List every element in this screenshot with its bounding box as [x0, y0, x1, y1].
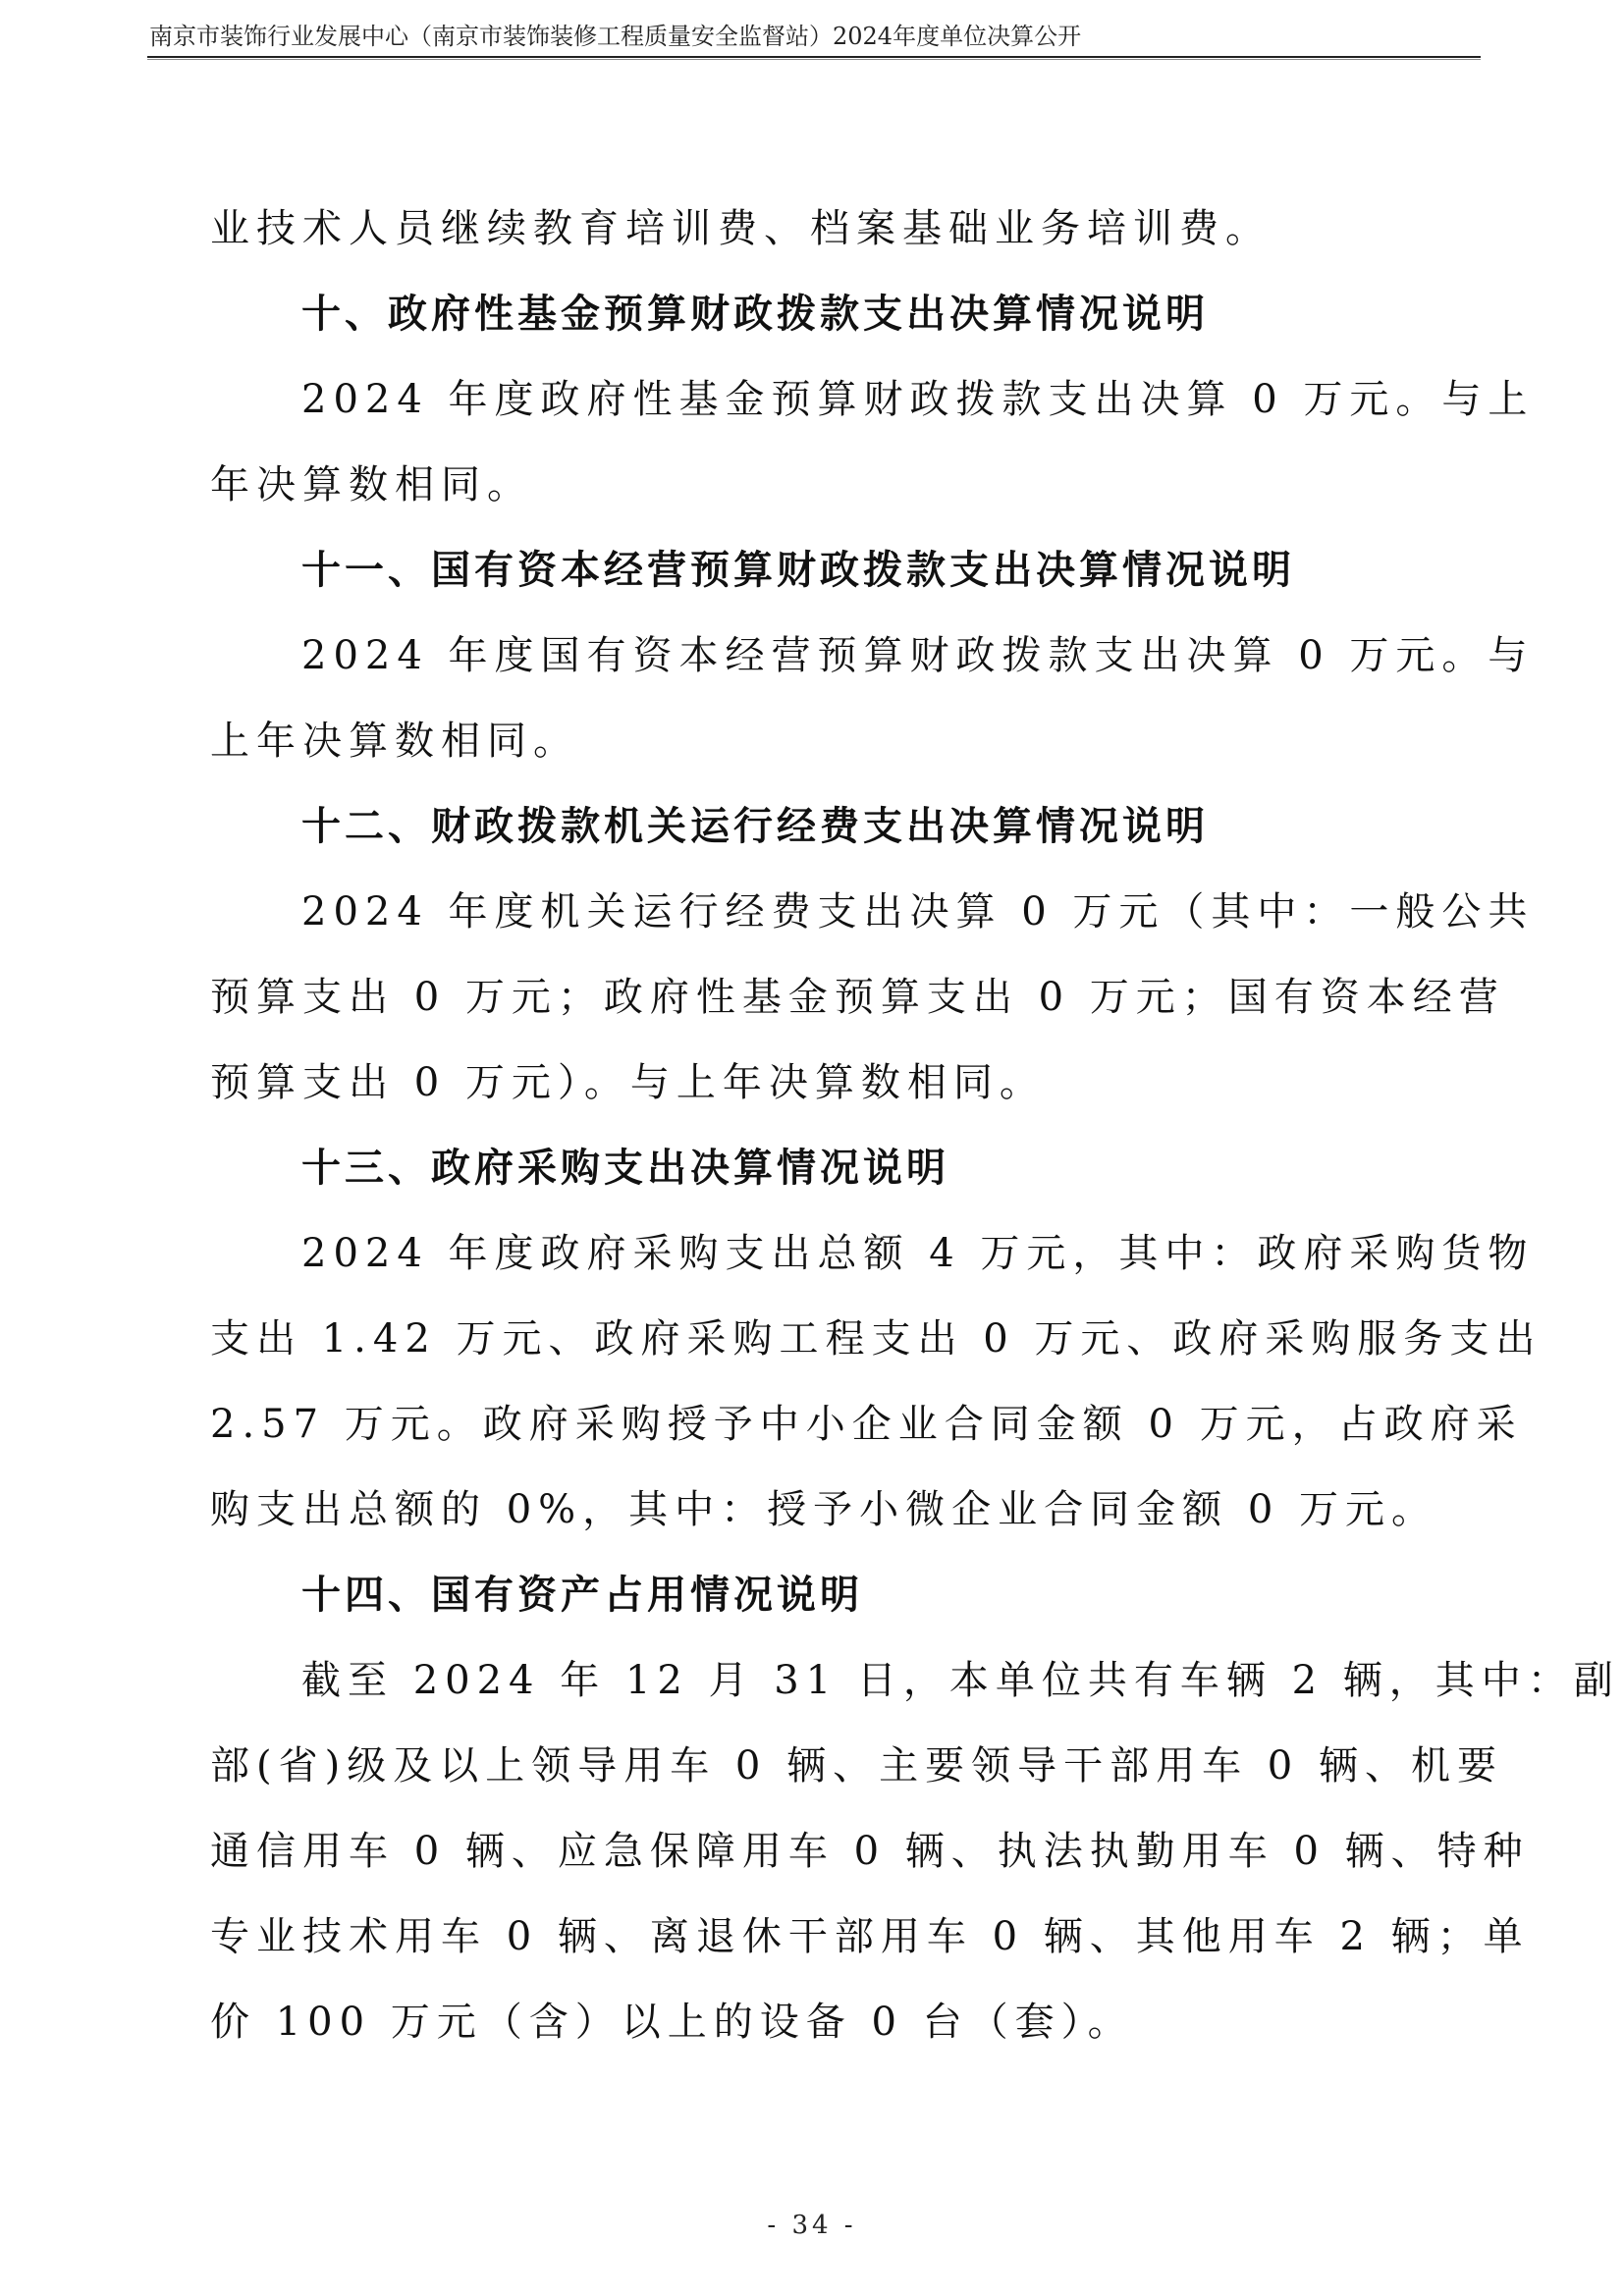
paragraph-line: 年决算数相同。	[210, 453, 1420, 538]
section-heading-10: 十、政府性基金预算财政拨款支出决算情况说明	[210, 282, 1420, 367]
paragraph-line: 预算支出 0 万元）。与上年决算数相同。	[210, 1050, 1420, 1136]
section-heading-13: 十三、政府采购支出决算情况说明	[210, 1136, 1420, 1221]
section-heading-14: 十四、国有资产占用情况说明	[210, 1563, 1420, 1648]
page-number: - 34 -	[0, 2211, 1624, 2240]
paragraph-line: 预算支出 0 万元；政府性基金预算支出 0 万元；国有资本经营	[210, 965, 1420, 1050]
paragraph-line: 2024 年度政府性基金预算财政拨款支出决算 0 万元。与上	[210, 367, 1420, 453]
paragraph-line: 部(省)级及以上领导用车 0 辆、主要领导干部用车 0 辆、机要	[210, 1734, 1420, 1819]
paragraph-line: 上年决算数相同。	[210, 709, 1420, 794]
document-header-title: 南京市装饰行业发展中心（南京市装饰装修工程质量安全监督站）2024年度单位决算公…	[149, 22, 1081, 51]
paragraph-line: 2024 年度政府采购支出总额 4 万元，其中：政府采购货物	[210, 1221, 1420, 1307]
paragraph-line: 专业技术用车 0 辆、离退休干部用车 0 辆、其他用车 2 辆；单	[210, 1904, 1420, 1990]
paragraph-line: 支出 1.42 万元、政府采购工程支出 0 万元、政府采购服务支出	[210, 1307, 1420, 1392]
paragraph-line: 截至 2024 年 12 月 31 日，本单位共有车辆 2 辆，其中：副	[210, 1648, 1420, 1734]
paragraph-line: 2.57 万元。政府采购授予中小企业合同金额 0 万元，占政府采	[210, 1392, 1420, 1477]
header-rule-thin	[147, 59, 1481, 60]
section-heading-12: 十二、财政拨款机关运行经费支出决算情况说明	[210, 794, 1420, 880]
paragraph-line: 2024 年度机关运行经费支出决算 0 万元（其中：一般公共	[210, 880, 1420, 965]
document-body: 业技术人员继续教育培训费、档案基础业务培训费。 十、政府性基金预算财政拨款支出决…	[210, 196, 1420, 2075]
paragraph-line: 2024 年度国有资本经营预算财政拨款支出决算 0 万元。与	[210, 623, 1420, 709]
section-heading-11: 十一、国有资本经营预算财政拨款支出决算情况说明	[210, 538, 1420, 623]
header-rule	[147, 56, 1481, 58]
paragraph-line: 购支出总额的 0%，其中：授予小微企业合同金额 0 万元。	[210, 1477, 1420, 1563]
paragraph-line: 通信用车 0 辆、应急保障用车 0 辆、执法执勤用车 0 辆、特种	[210, 1819, 1420, 1904]
paragraph-line: 价 100 万元（含）以上的设备 0 台（套）。	[210, 1990, 1420, 2075]
paragraph-continuation-line: 业技术人员继续教育培训费、档案基础业务培训费。	[210, 196, 1420, 282]
